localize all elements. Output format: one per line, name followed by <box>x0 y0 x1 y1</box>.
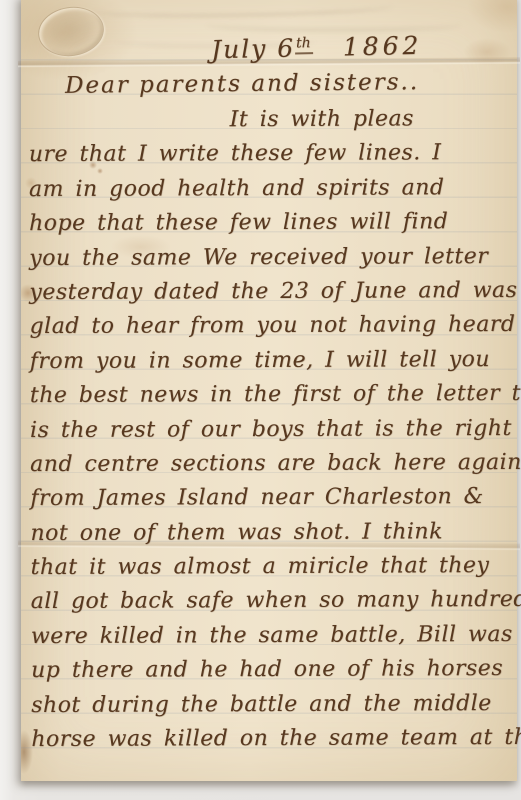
letter-scan: July 6th1862 Dear parents and sisters.. … <box>0 0 521 800</box>
letter-line: yesterday dated the 23 of June and was v… <box>29 274 516 311</box>
date-year: 1862 <box>342 31 422 62</box>
letter-line: glad to hear from you not having heard <box>29 308 516 345</box>
letter-line: all got back safe when so many hundreds <box>31 583 518 620</box>
letter-line: from you in some time, I will tell you <box>30 343 517 380</box>
ink-showthrough <box>206 17 461 31</box>
letter-line: that it was almost a miricle that they <box>31 549 518 586</box>
date-ordinal: th <box>295 35 313 54</box>
letter-page: July 6th1862 Dear parents and sisters.. … <box>21 0 517 781</box>
letter-line: up there and he had one of his horses <box>31 652 518 689</box>
letter-line: you the same We received your letter <box>29 240 516 277</box>
letter-line: were killed in the same battle, Bill was <box>31 618 518 655</box>
letter-body: It is with pleas ure that I write these … <box>29 102 519 758</box>
letter-line: ure that I write these few lines. I <box>29 136 516 173</box>
salutation: Dear parents and sisters.. <box>65 69 419 99</box>
letter-line: It is with pleas <box>29 102 516 139</box>
date-line: July 6th1862 <box>211 31 423 64</box>
letter-line: hope that these few lines will find <box>29 205 516 242</box>
letter-line: and centre sections are back here again <box>30 446 517 483</box>
letter-line: the best news in the first of the letter… <box>30 377 517 414</box>
letter-line: am in good health and spirits and <box>29 171 516 208</box>
ink-showthrough <box>93 0 393 19</box>
letter-line: is the rest of our boys that is the righ… <box>30 411 517 448</box>
date-day: July 6 <box>211 33 296 64</box>
letter-line: not one of them was shot. I think <box>30 515 517 552</box>
letter-line: from James Island near Charleston & <box>30 480 517 517</box>
letter-line: horse was killed on the same team at the <box>31 721 518 758</box>
letter-line: shot during the battle and the middle <box>31 687 518 724</box>
